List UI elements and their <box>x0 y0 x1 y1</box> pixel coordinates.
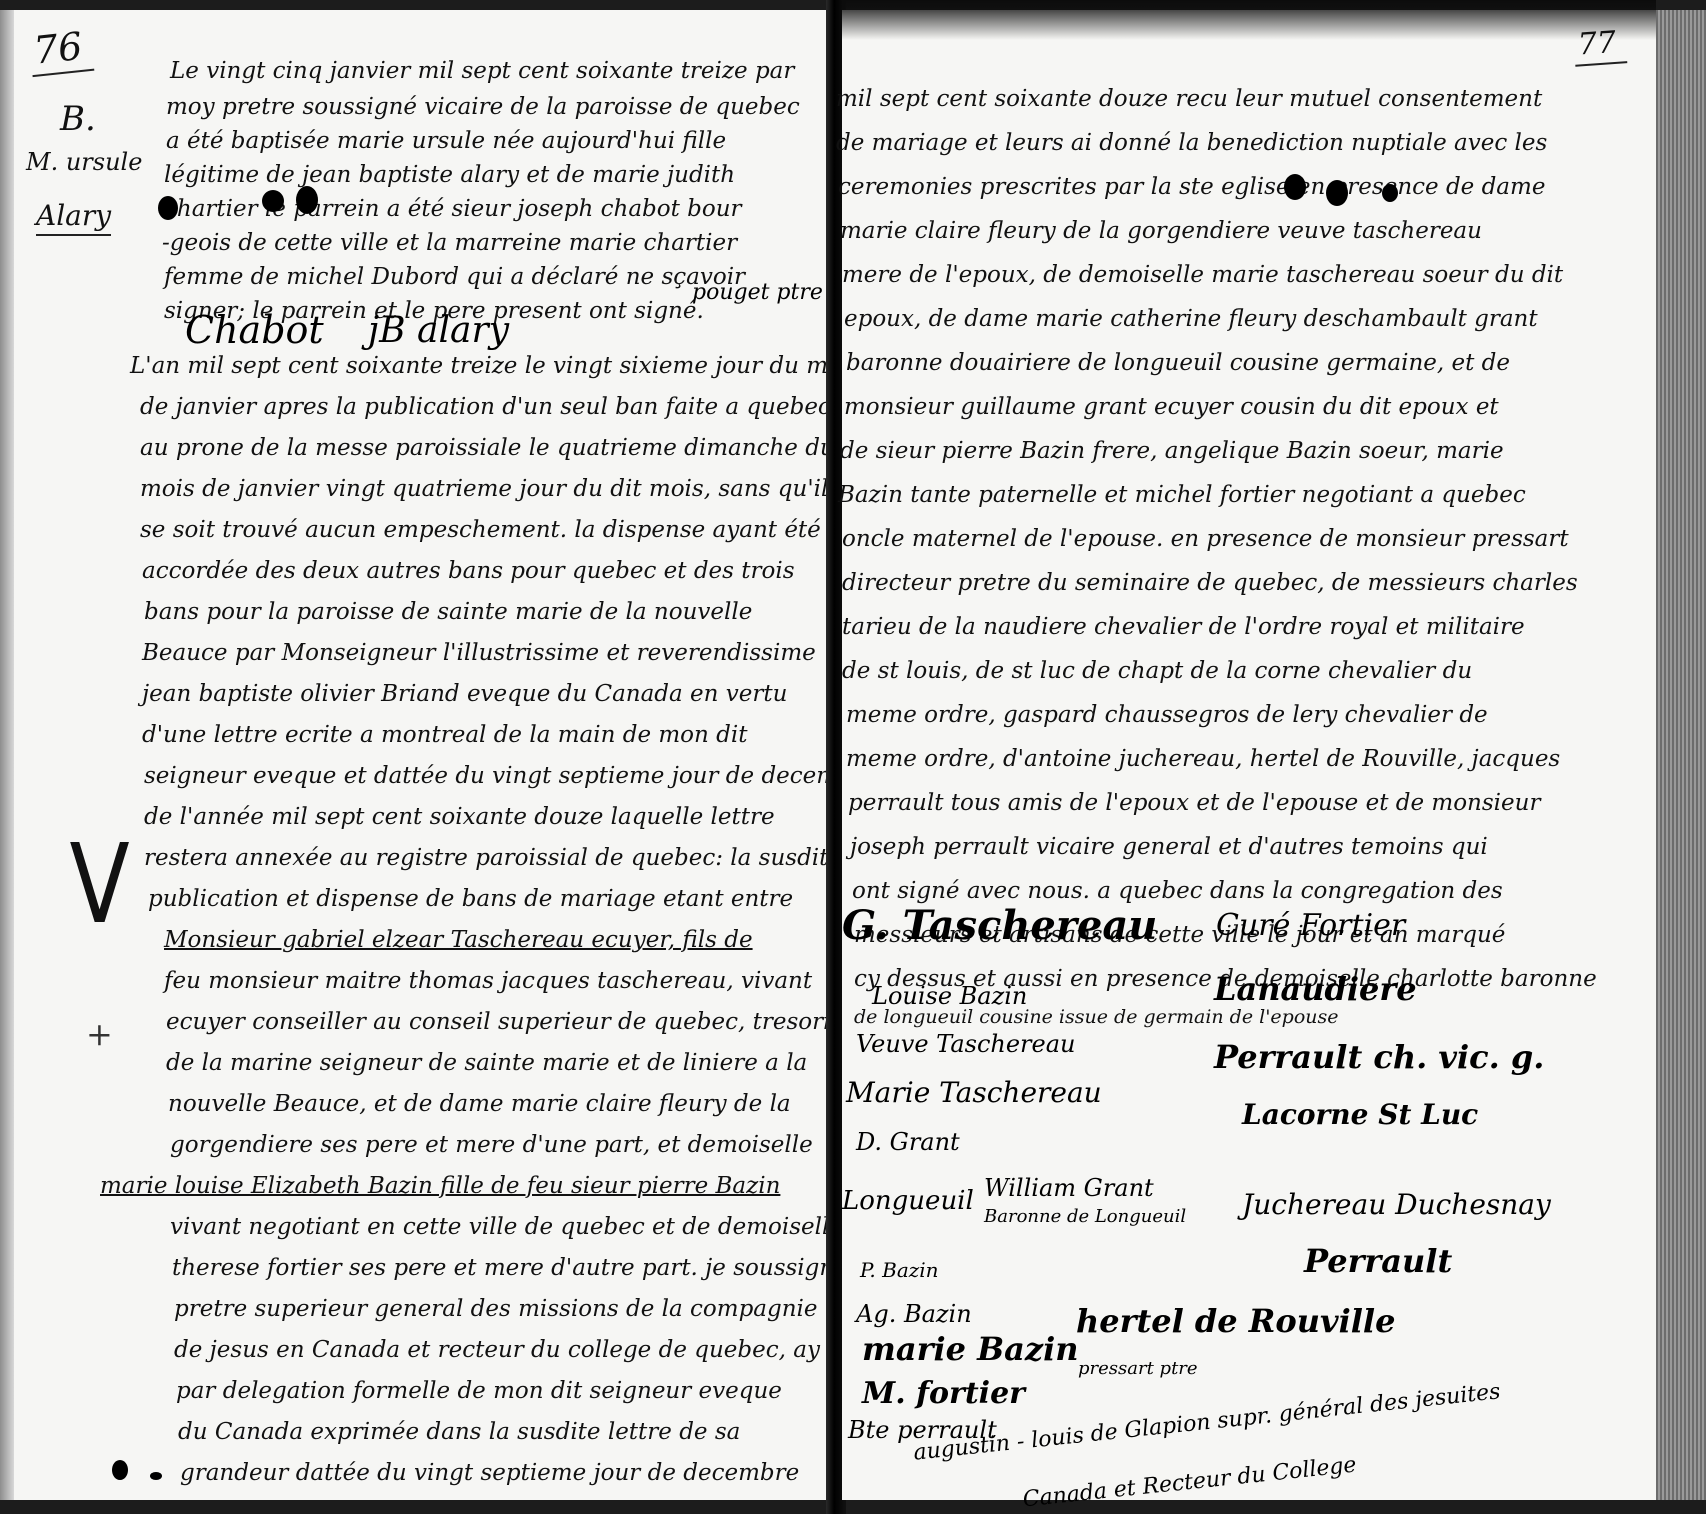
signature-chabot: Chabot <box>185 308 324 352</box>
text-line: marie claire fleury de la gorgendiere ve… <box>840 220 1482 243</box>
signature-lanaudiere: Lanaudiere <box>1214 970 1417 1008</box>
text-line: therese fortier ses pere et mere d'autre… <box>172 1257 848 1280</box>
margin-check-mark: V <box>70 820 130 948</box>
text-line: a été baptisée marie ursule née aujourd'… <box>166 130 726 153</box>
text-line: Bazin tante paternelle et michel fortier… <box>838 484 1526 507</box>
ink-blot <box>1284 174 1306 200</box>
text-line: du Canada exprimée dans la susdite lettr… <box>178 1421 740 1444</box>
text-line: meme ordre, d'antoine juchereau, hertel … <box>846 748 1560 771</box>
text-line: Beauce par Monseigneur l'illustrissime e… <box>142 642 816 665</box>
signature-longueuil: Longueuil <box>842 1186 974 1216</box>
margin-name-line2: Alary <box>36 202 111 236</box>
signature-baronne-longueuil: Baronne de Longueuil <box>984 1206 1186 1227</box>
register-spread: 76 B. M. ursule Alary Le vingt cinq janv… <box>0 0 1706 1514</box>
text-line: oncle maternel de l'epouse. en presence … <box>842 528 1569 551</box>
text-line: moy pretre soussigné vicaire de la paroi… <box>166 96 800 119</box>
bride-name-line: marie louise Elizabeth Bazin fille de fe… <box>100 1175 780 1198</box>
text-line: légitime de jean baptiste alary et de ma… <box>164 164 735 187</box>
text-line: ecuyer conseiller au conseil superieur d… <box>166 1011 855 1034</box>
text-line: de longueuil cousine issue de germain de… <box>854 1008 1339 1027</box>
signature-m-fortier: M. fortier <box>862 1376 1025 1411</box>
text-line: de mariage et leurs ai donné la benedict… <box>836 132 1547 155</box>
signature-p-bazin: P. Bazin <box>860 1258 939 1282</box>
text-line: ont signé avec nous. a quebec dans la co… <box>852 880 1503 903</box>
text-line: vivant negotiant en cette ville de quebe… <box>170 1216 843 1239</box>
text-line: -geois de cette ville et la marreine mar… <box>162 232 737 255</box>
text-line: L'an mil sept cent soixante treize le vi… <box>130 355 861 378</box>
text-line: pretre superieur general des missions de… <box>174 1298 818 1321</box>
signature-william-grant: William Grant <box>984 1174 1154 1202</box>
top-shadow <box>842 0 1656 40</box>
signature-cure-fortier: Curé Fortier <box>1216 908 1405 943</box>
signature-lacorne-st-luc: Lacorne St Luc <box>1242 1098 1478 1131</box>
signature-marie-bazin: marie Bazin <box>862 1330 1078 1368</box>
text-line: feu monsieur maitre thomas jacques tasch… <box>164 970 812 993</box>
signature-perrault-vic-gen: Perrault ch. vic. g. <box>1214 1038 1544 1076</box>
text-line: mere de l'epoux, de demoiselle marie tas… <box>842 264 1563 287</box>
text-line: nouvelle Beauce, et de dame marie claire… <box>168 1093 791 1116</box>
text-line: au prone de la messe paroissiale le quat… <box>140 437 835 460</box>
text-line: directeur pretre du seminaire de quebec,… <box>842 572 1578 595</box>
text-line: de jesus en Canada et recteur du college… <box>174 1339 820 1362</box>
text-line: publication et dispense de bans de maria… <box>148 888 793 911</box>
text-line: tarieu de la naudiere chevalier de l'ord… <box>842 616 1525 639</box>
text-line: accordée des deux autres bans pour quebe… <box>142 560 795 583</box>
text-line: de st louis, de st luc de chapt de la co… <box>842 660 1472 683</box>
text-line: perrault tous amis de l'epoux et de l'ep… <box>848 792 1540 815</box>
text-line: se soit trouvé aucun empeschement. la di… <box>140 519 821 542</box>
signature-louise-bazin: Louise Bazin <box>872 982 1027 1010</box>
text-line: bans pour la paroisse de sainte marie de… <box>144 601 752 624</box>
text-line: de l'année mil sept cent soixante douze … <box>144 806 775 829</box>
signature-marie-taschereau: Marie Taschereau <box>846 1076 1102 1109</box>
folio-number-left: 76 <box>28 23 95 77</box>
text-line: chartier le parrein a été sieur joseph c… <box>164 198 742 221</box>
groom-name-line: Monsieur gabriel elzear Taschereau ecuye… <box>164 929 753 952</box>
text-line: monsieur guillaume grant ecuyer cousin d… <box>844 396 1499 419</box>
text-line: restera annexée au registre paroissial d… <box>144 847 842 870</box>
margin-cross-mark: + <box>86 1015 113 1053</box>
ink-blot <box>296 186 318 214</box>
ink-blot <box>158 196 178 220</box>
signature-g-taschereau: G. Taschereau <box>842 902 1157 949</box>
right-page: 77 mil sept cent soixante douze recu leu… <box>842 10 1656 1500</box>
signature-juchereau-duchesnay: Juchereau Duchesnay <box>1242 1188 1551 1221</box>
margin-name-line1: M. ursule <box>26 150 142 174</box>
text-line: de sieur pierre Bazin frere, angelique B… <box>840 440 1504 463</box>
text-line: de la marine seigneur de sainte marie et… <box>166 1052 807 1075</box>
signature-veuve-taschereau: Veuve Taschereau <box>856 1030 1076 1058</box>
signature-pressart: pressart ptre <box>1078 1358 1198 1379</box>
text-line: ceremonies prescrites par la ste eglise … <box>838 176 1545 199</box>
ink-blot <box>1326 180 1348 206</box>
margin-entry-type: B. <box>60 102 96 136</box>
text-line: femme de michel Dubord qui a déclaré ne … <box>164 266 745 289</box>
text-line: meme ordre, gaspard chaussegros de lery … <box>846 704 1488 727</box>
text-line: gorgendiere ses pere et mere d'une part,… <box>170 1134 813 1157</box>
signature-officiant-line2: Canada et Recteur du College <box>1022 1453 1358 1513</box>
signature-ag-bazin: Ag. Bazin <box>856 1300 972 1328</box>
text-line: seigneur eveque et dattée du vingt septi… <box>144 765 877 788</box>
text-line: d'une lettre ecrite a montreal de la mai… <box>142 724 747 747</box>
text-line: mil sept cent soixante douze recu leur m… <box>836 88 1542 111</box>
signature-d-grant: D. Grant <box>856 1128 960 1156</box>
ink-blot <box>262 190 284 212</box>
text-line: epoux, de dame marie catherine fleury de… <box>844 308 1538 331</box>
left-page: 76 B. M. ursule Alary Le vingt cinq janv… <box>0 10 830 1500</box>
text-line: joseph perrault vicaire general et d'aut… <box>850 836 1488 859</box>
ink-blot <box>112 1460 128 1480</box>
text-line: jean baptiste olivier Briand eveque du C… <box>142 683 787 706</box>
signature-perrault: Perrault <box>1304 1242 1452 1280</box>
signature-alary: jB alary <box>368 310 509 351</box>
text-line: grandeur dattée du vingt septieme jour d… <box>180 1462 799 1485</box>
text-line: mois de janvier vingt quatrieme jour du … <box>140 478 828 501</box>
ink-blot <box>1382 184 1398 202</box>
text-line: de janvier apres la publication d'un seu… <box>140 396 831 419</box>
signature-hertel-de-rouville: hertel de Rouville <box>1076 1302 1395 1340</box>
text-line: baronne douairiere de longueuil cousine … <box>846 352 1510 375</box>
signature-pouget: pouget ptre <box>692 280 823 305</box>
text-line: Le vingt cinq janvier mil sept cent soix… <box>170 60 794 83</box>
ink-blot <box>150 1472 162 1480</box>
text-line: par delegation formelle de mon dit seign… <box>176 1380 782 1403</box>
